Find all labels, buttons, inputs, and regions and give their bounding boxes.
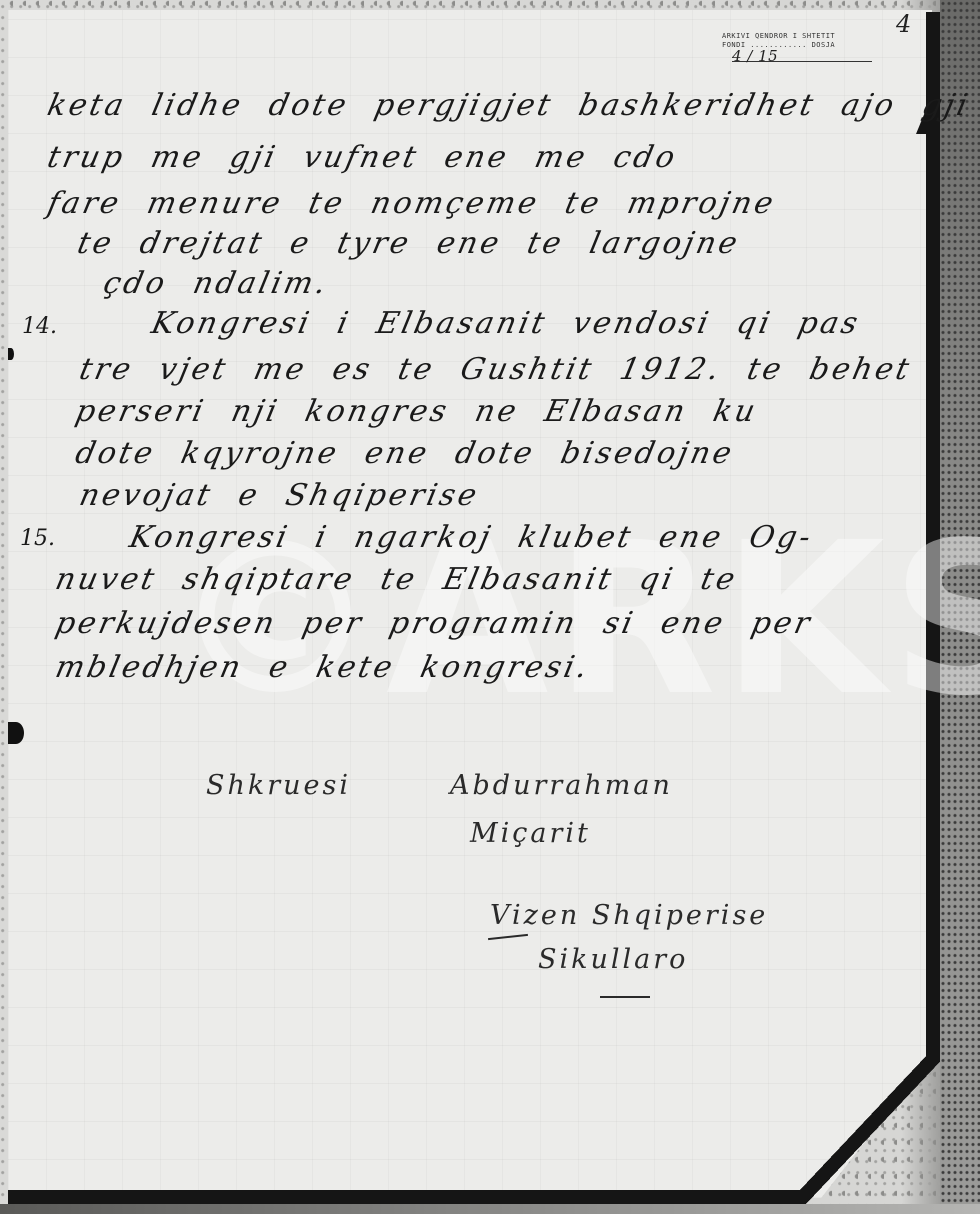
text-line: nuvet shqiptare te Elbasanit qi te [52, 562, 741, 597]
archive-stamp: ARKIVI QENDROR I SHTETIT FONDI .........… [722, 32, 892, 62]
page-number: 4 [896, 10, 911, 38]
text-line: fare menure te nomçeme te mprojne [44, 186, 779, 221]
punch-hole-mark [8, 722, 24, 744]
page-bottom-edge [8, 1190, 803, 1204]
page-right-edge [926, 12, 940, 1062]
punch-hole-mark [8, 348, 14, 360]
text-line: çdo ndalim. [100, 266, 332, 301]
text-line: keta lidhe dote pergjigjet bashkeridhet … [44, 88, 973, 123]
text-line: dote kqyrojne ene dote bisedojne [72, 436, 737, 471]
signature-label: Shkruesi [206, 770, 351, 801]
text-line: trup me gji vufnet ene me cdo [44, 140, 680, 175]
signature-title: Vizen Shqiperise [490, 900, 768, 931]
page-clipped-corner [795, 1050, 940, 1204]
scan-right-border [940, 0, 980, 1214]
text-line: Kongresi i Elbasanit vendosi qi pas [148, 306, 863, 341]
signature-name-2: Sikullaro [538, 944, 688, 975]
signature-surname: Miçarit [470, 818, 591, 849]
item-number: 14. [22, 314, 57, 339]
text-line: te drejtat e tyre ene te largojne [74, 226, 743, 261]
text-line: mbledhjen e kete kongresi. [52, 650, 593, 685]
signature-name: Abdurrahman [450, 770, 673, 801]
archive-stamp-line1: ARKIVI QENDROR I SHTETIT [722, 32, 892, 41]
item-number: 15. [20, 526, 55, 551]
text-line: Kongresi i ngarkoj klubet ene Og- [126, 520, 816, 555]
text-line: nevojat e Shqiperise [76, 478, 482, 513]
text-line: perkujdesen per programin si ene per [52, 606, 815, 641]
archive-stamp-signature: 4 / 15 [732, 52, 872, 62]
scan-bottom-border [0, 1204, 980, 1214]
text-line: tre vjet me es te Gushtit 1912. te behet [76, 352, 915, 387]
signature-flourish [600, 996, 650, 998]
text-line: perseri nji kongres ne Elbasan ku [72, 394, 761, 429]
